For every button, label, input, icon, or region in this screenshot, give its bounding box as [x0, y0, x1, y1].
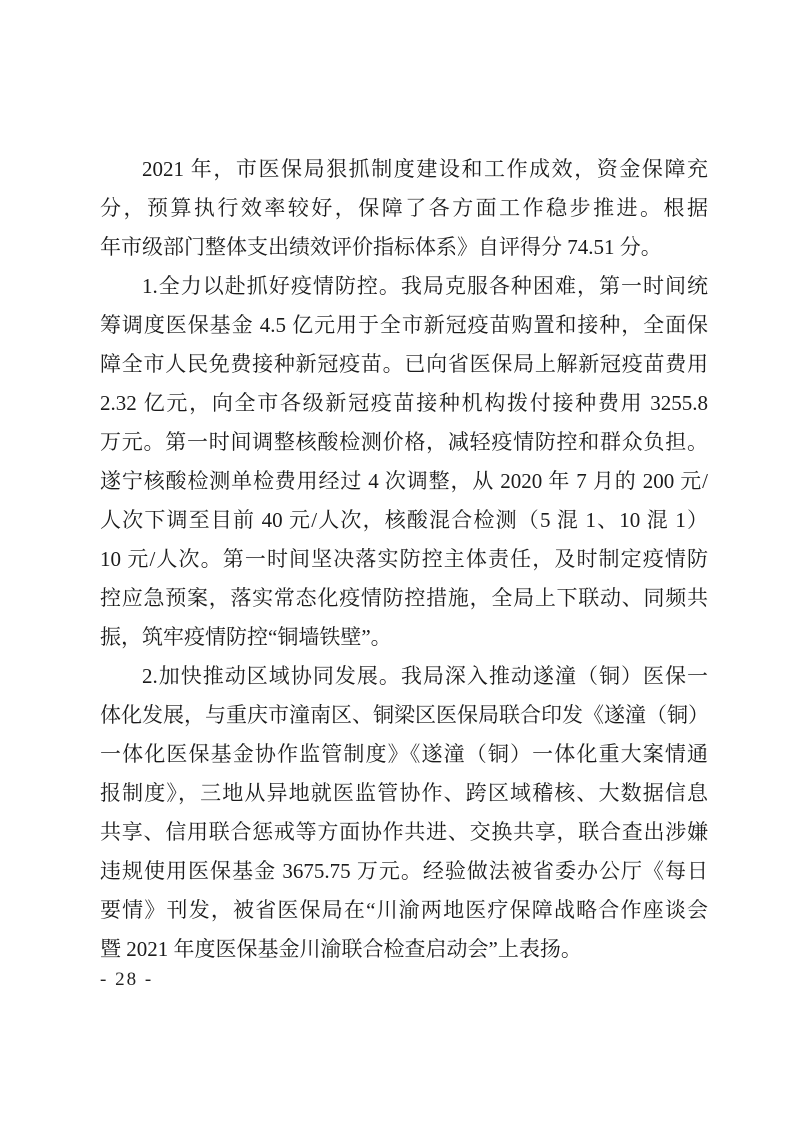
- text-line: 1.全力以赴抓好疫情防控。我局克服各种困难，第一时间统: [100, 267, 708, 306]
- text-line: 控应急预案，落实常态化疫情防控措施，全局上下联动、同频共: [100, 579, 708, 618]
- text-line: 暨 2021 年度医保基金川渝联合检查启动会”上表扬。: [100, 930, 708, 969]
- document-body: 2021 年，市医保局狠抓制度建设和工作成效，资金保障充 分，预算执行效率较好，…: [100, 150, 708, 969]
- text-line: 违规使用医保基金 3675.75 万元。经验做法被省委办公厅《每日: [100, 852, 708, 891]
- text-line: 一体化医保基金协作监管制度》《遂潼（铜）一体化重大案情通: [100, 735, 708, 774]
- text-line: 障全市人民免费接种新冠疫苗。已向省医保局上解新冠疫苗费用: [100, 345, 708, 384]
- text-line: 2.32 亿元，向全市各级新冠疫苗接种机构拨付接种费用 3255.8: [100, 384, 708, 423]
- text-line: 遂宁核酸检测单检费用经过 4 次调整，从 2020 年 7 月的 200 元/: [100, 462, 708, 501]
- text-line: 共享、信用联合惩戒等方面协作共进、交换共享，联合查出涉嫌: [100, 813, 708, 852]
- text-line: 要情》刊发，被省医保局在“川渝两地医疗保障战略合作座谈会: [100, 891, 708, 930]
- text-line: 筹调度医保基金 4.5 亿元用于全市新冠疫苗购置和接种，全面保: [100, 306, 708, 345]
- text-line: 万元。第一时间调整核酸检测价格，减轻疫情防控和群众负担。: [100, 423, 708, 462]
- text-line: 体化发展，与重庆市潼南区、铜梁区医保局联合印发《遂潼（铜）: [100, 696, 708, 735]
- text-line: 报制度》，三地从异地就医监管协作、跨区域稽核、大数据信息: [100, 774, 708, 813]
- text-line: 人次下调至目前 40 元/人次，核酸混合检测（5 混 1、10 混 1）: [100, 501, 708, 540]
- text-line: 2021 年，市医保局狠抓制度建设和工作成效，资金保障充: [100, 150, 708, 189]
- paragraph-point-1: 1.全力以赴抓好疫情防控。我局克服各种困难，第一时间统 筹调度医保基金 4.5 …: [100, 267, 708, 657]
- paragraph-point-2: 2.加快推动区域协同发展。我局深入推动遂潼（铜）医保一 体化发展，与重庆市潼南区…: [100, 657, 708, 969]
- text-line: 2.加快推动区域协同发展。我局深入推动遂潼（铜）医保一: [100, 657, 708, 696]
- text-line: 分，预算执行效率较好，保障了各方面工作稳步推进。根据《2022: [100, 189, 708, 228]
- page-number: - 28 -: [100, 966, 153, 994]
- text-line: 年市级部门整体支出绩效评价指标体系》自评得分 74.51 分。: [100, 228, 708, 267]
- document-page: 2021 年，市医保局狠抓制度建设和工作成效，资金保障充 分，预算执行效率较好，…: [0, 0, 793, 1122]
- text-line: 10 元/人次。第一时间坚决落实防控主体责任，及时制定疫情防: [100, 540, 708, 579]
- paragraph-overview: 2021 年，市医保局狠抓制度建设和工作成效，资金保障充 分，预算执行效率较好，…: [100, 150, 708, 267]
- text-line: 振，筑牢疫情防控“铜墙铁壁”。: [100, 618, 708, 657]
